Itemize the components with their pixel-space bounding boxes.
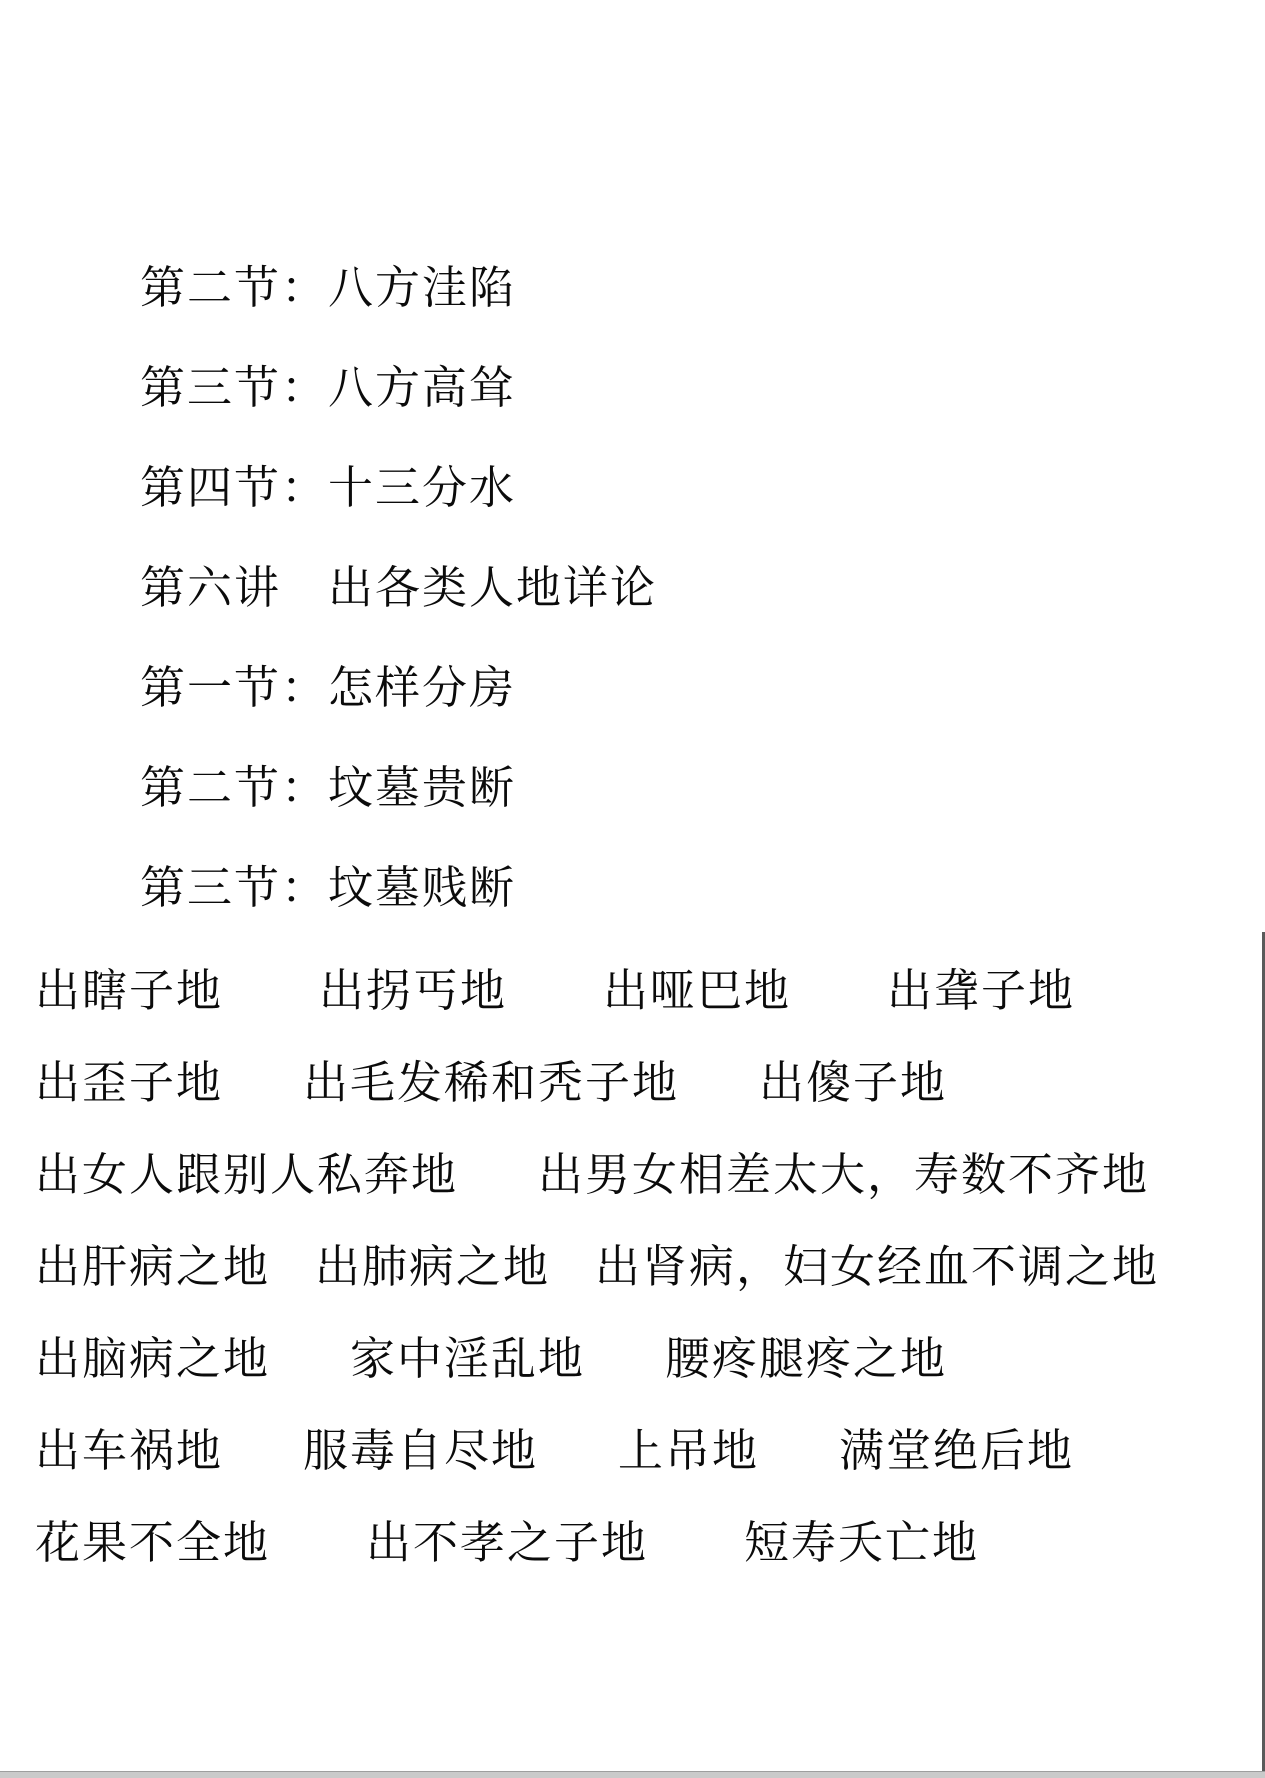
list-row: 出瞎子地 出拐丐地 出哑巴地 出聋子地 xyxy=(35,940,1255,1032)
table-of-contents: 第二节：八方洼陷 第三节：八方高耸 第四节：十三分水 第六讲 出各类人地详论 第… xyxy=(140,238,1225,938)
toc-line: 第三节：八方高耸 xyxy=(140,338,1225,438)
list-row: 出歪子地 出毛发稀和秃子地 出傻子地 xyxy=(35,1032,1255,1124)
toc-line: 第四节：十三分水 xyxy=(140,438,1225,538)
list-item: 上吊地 xyxy=(618,1414,759,1479)
list-item: 出车祸地 xyxy=(35,1414,223,1479)
list-item: 短寿夭亡地 xyxy=(744,1506,979,1571)
list-item: 出瞎子地 xyxy=(35,954,223,1019)
list-row: 出肝病之地 出肺病之地 出肾病，妇女经血不调之地 xyxy=(35,1216,1255,1308)
category-list: 出瞎子地 出拐丐地 出哑巴地 出聋子地 出歪子地 出毛发稀和秃子地 出傻子地 出… xyxy=(35,940,1255,1584)
list-item: 出拐丐地 xyxy=(319,954,507,1019)
list-item: 出男女相差太大，寿数不齐地 xyxy=(538,1138,1149,1203)
list-item: 出毛发稀和秃子地 xyxy=(303,1046,679,1111)
toc-line: 第三节：坟墓贱断 xyxy=(140,838,1225,938)
page-bottom-edge xyxy=(0,1771,1265,1778)
list-item: 满堂绝后地 xyxy=(839,1414,1074,1479)
document-page: 第二节：八方洼陷 第三节：八方高耸 第四节：十三分水 第六讲 出各类人地详论 第… xyxy=(0,0,1265,1778)
list-item: 出肾病，妇女经血不调之地 xyxy=(595,1230,1159,1295)
list-item: 出歪子地 xyxy=(35,1046,223,1111)
list-row: 出女人跟别人私奔地 出男女相差太大，寿数不齐地 xyxy=(35,1124,1255,1216)
list-item: 服毒自尽地 xyxy=(303,1414,538,1479)
list-item: 出不孝之子地 xyxy=(366,1506,648,1571)
list-item: 出脑病之地 xyxy=(35,1322,270,1387)
list-item: 出肝病之地 xyxy=(35,1230,270,1295)
list-item: 出聋子地 xyxy=(887,954,1075,1019)
toc-line: 第二节：坟墓贵断 xyxy=(140,738,1225,838)
list-item: 出肺病之地 xyxy=(315,1230,550,1295)
list-item: 出傻子地 xyxy=(759,1046,947,1111)
list-row: 出脑病之地 家中淫乱地 腰疼腿疼之地 xyxy=(35,1308,1255,1400)
list-row: 花果不全地 出不孝之子地 短寿夭亡地 xyxy=(35,1492,1255,1584)
list-row: 出车祸地 服毒自尽地 上吊地 满堂绝后地 xyxy=(35,1400,1255,1492)
list-item: 出女人跟别人私奔地 xyxy=(35,1138,458,1203)
list-item: 腰疼腿疼之地 xyxy=(665,1322,947,1387)
toc-line: 第六讲 出各类人地详论 xyxy=(140,538,1225,638)
list-item: 家中淫乱地 xyxy=(350,1322,585,1387)
toc-line: 第二节：八方洼陷 xyxy=(140,238,1225,338)
list-item: 出哑巴地 xyxy=(603,954,791,1019)
list-item: 花果不全地 xyxy=(35,1506,270,1571)
toc-line: 第一节：怎样分房 xyxy=(140,638,1225,738)
